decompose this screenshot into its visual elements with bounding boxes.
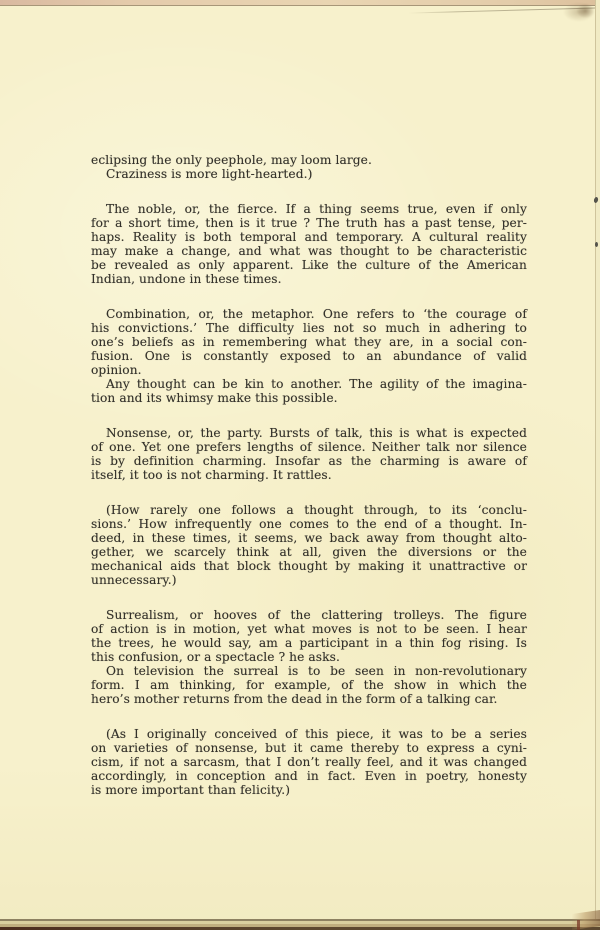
bottom-right-corner-streak [577,920,580,930]
text-line: gether, we scarcely think at all, given … [91,545,527,559]
text-line: eclipsing the only peephole, may loom la… [91,153,527,167]
book-page-scan: eclipsing the only peephole, may loom la… [0,0,600,930]
text-line: Surrealism, or hooves of the clattering … [91,608,527,622]
text-line: fusion. One is constantly exposed to an … [91,349,527,363]
text-line: this confusion, or a spectacle ? he asks… [91,650,527,664]
text-line: sions.’ How infrequently one comes to th… [91,517,527,531]
text-line: is by definition charming. Insofar as th… [91,454,527,468]
text-line: Combination, or, the metaphor. One refer… [91,307,527,321]
text-line: deed, in these times, it seems, we back … [91,531,527,545]
text-line: tion and its whimsy make this possible. [91,391,527,405]
paragraph: (As I originally conceived of this piece… [91,727,527,797]
text-line: for a short time, then is it true ? The … [91,216,527,230]
ink-speck [595,242,598,247]
paragraph: Surrealism, or hooves of the clattering … [91,608,527,706]
text-line: Indian, undone in these times. [91,272,527,286]
text-line: The noble, or, the fierce. If a thing se… [91,202,527,216]
text-line: form. I am thinking, for example, of the… [91,678,527,692]
text-line: opinion. [91,363,527,377]
text-line: on varieties of nonsense, but it came th… [91,741,527,755]
text-line: unnecessary.) [91,573,527,587]
text-line: of one. Yet one prefers lengths of silen… [91,440,527,454]
text-line: Any thought can be kin to another. The a… [91,377,527,391]
book-bottom-edge [0,919,600,930]
text-line: On television the surreal is to be seen … [91,664,527,678]
text-line: of action is in motion, yet what moves i… [91,622,527,636]
paragraph: Combination, or, the metaphor. One refer… [91,307,527,405]
text-line: one’s beliefs as in remembering what the… [91,335,527,349]
text-line: accordingly, in conception and in fact. … [91,769,527,783]
text-line: his convictions.’ The difficulty lies no… [91,321,527,335]
paragraph: Nonsense, or, the party. Bursts of talk,… [91,426,527,482]
page-text: eclipsing the only peephole, may loom la… [91,153,527,797]
text-line: cism, if not a sarcasm, that I don’t rea… [91,755,527,769]
text-line: the trees, he would say, am a participan… [91,636,527,650]
text-line: haps. Reality is both temporal and tempo… [91,230,527,244]
page-right-edge [595,0,600,921]
text-line: hero’s mother returns from the dead in t… [91,692,527,706]
text-line: mechanical aids that block thought by ma… [91,559,527,573]
paragraph: (How rarely one follows a thought throug… [91,503,527,587]
stain-mark [556,0,598,24]
text-line: Nonsense, or, the party. Bursts of talk,… [91,426,527,440]
text-line: may make a change, and what was thought … [91,244,527,258]
paragraph: The noble, or, the fierce. If a thing se… [91,202,527,286]
text-line: (How rarely one follows a thought throug… [91,503,527,517]
text-line: be revealed as only apparent. Like the c… [91,258,527,272]
text-line: is more important than felicity.) [91,783,527,797]
paragraph: eclipsing the only peephole, may loom la… [91,153,527,181]
text-line: (As I originally conceived of this piece… [91,727,527,741]
text-line: itself, it too is not charming. It rattl… [91,468,527,482]
adjacent-page-edge-top [0,0,600,6]
text-line: Craziness is more light-hearted.) [91,167,527,181]
